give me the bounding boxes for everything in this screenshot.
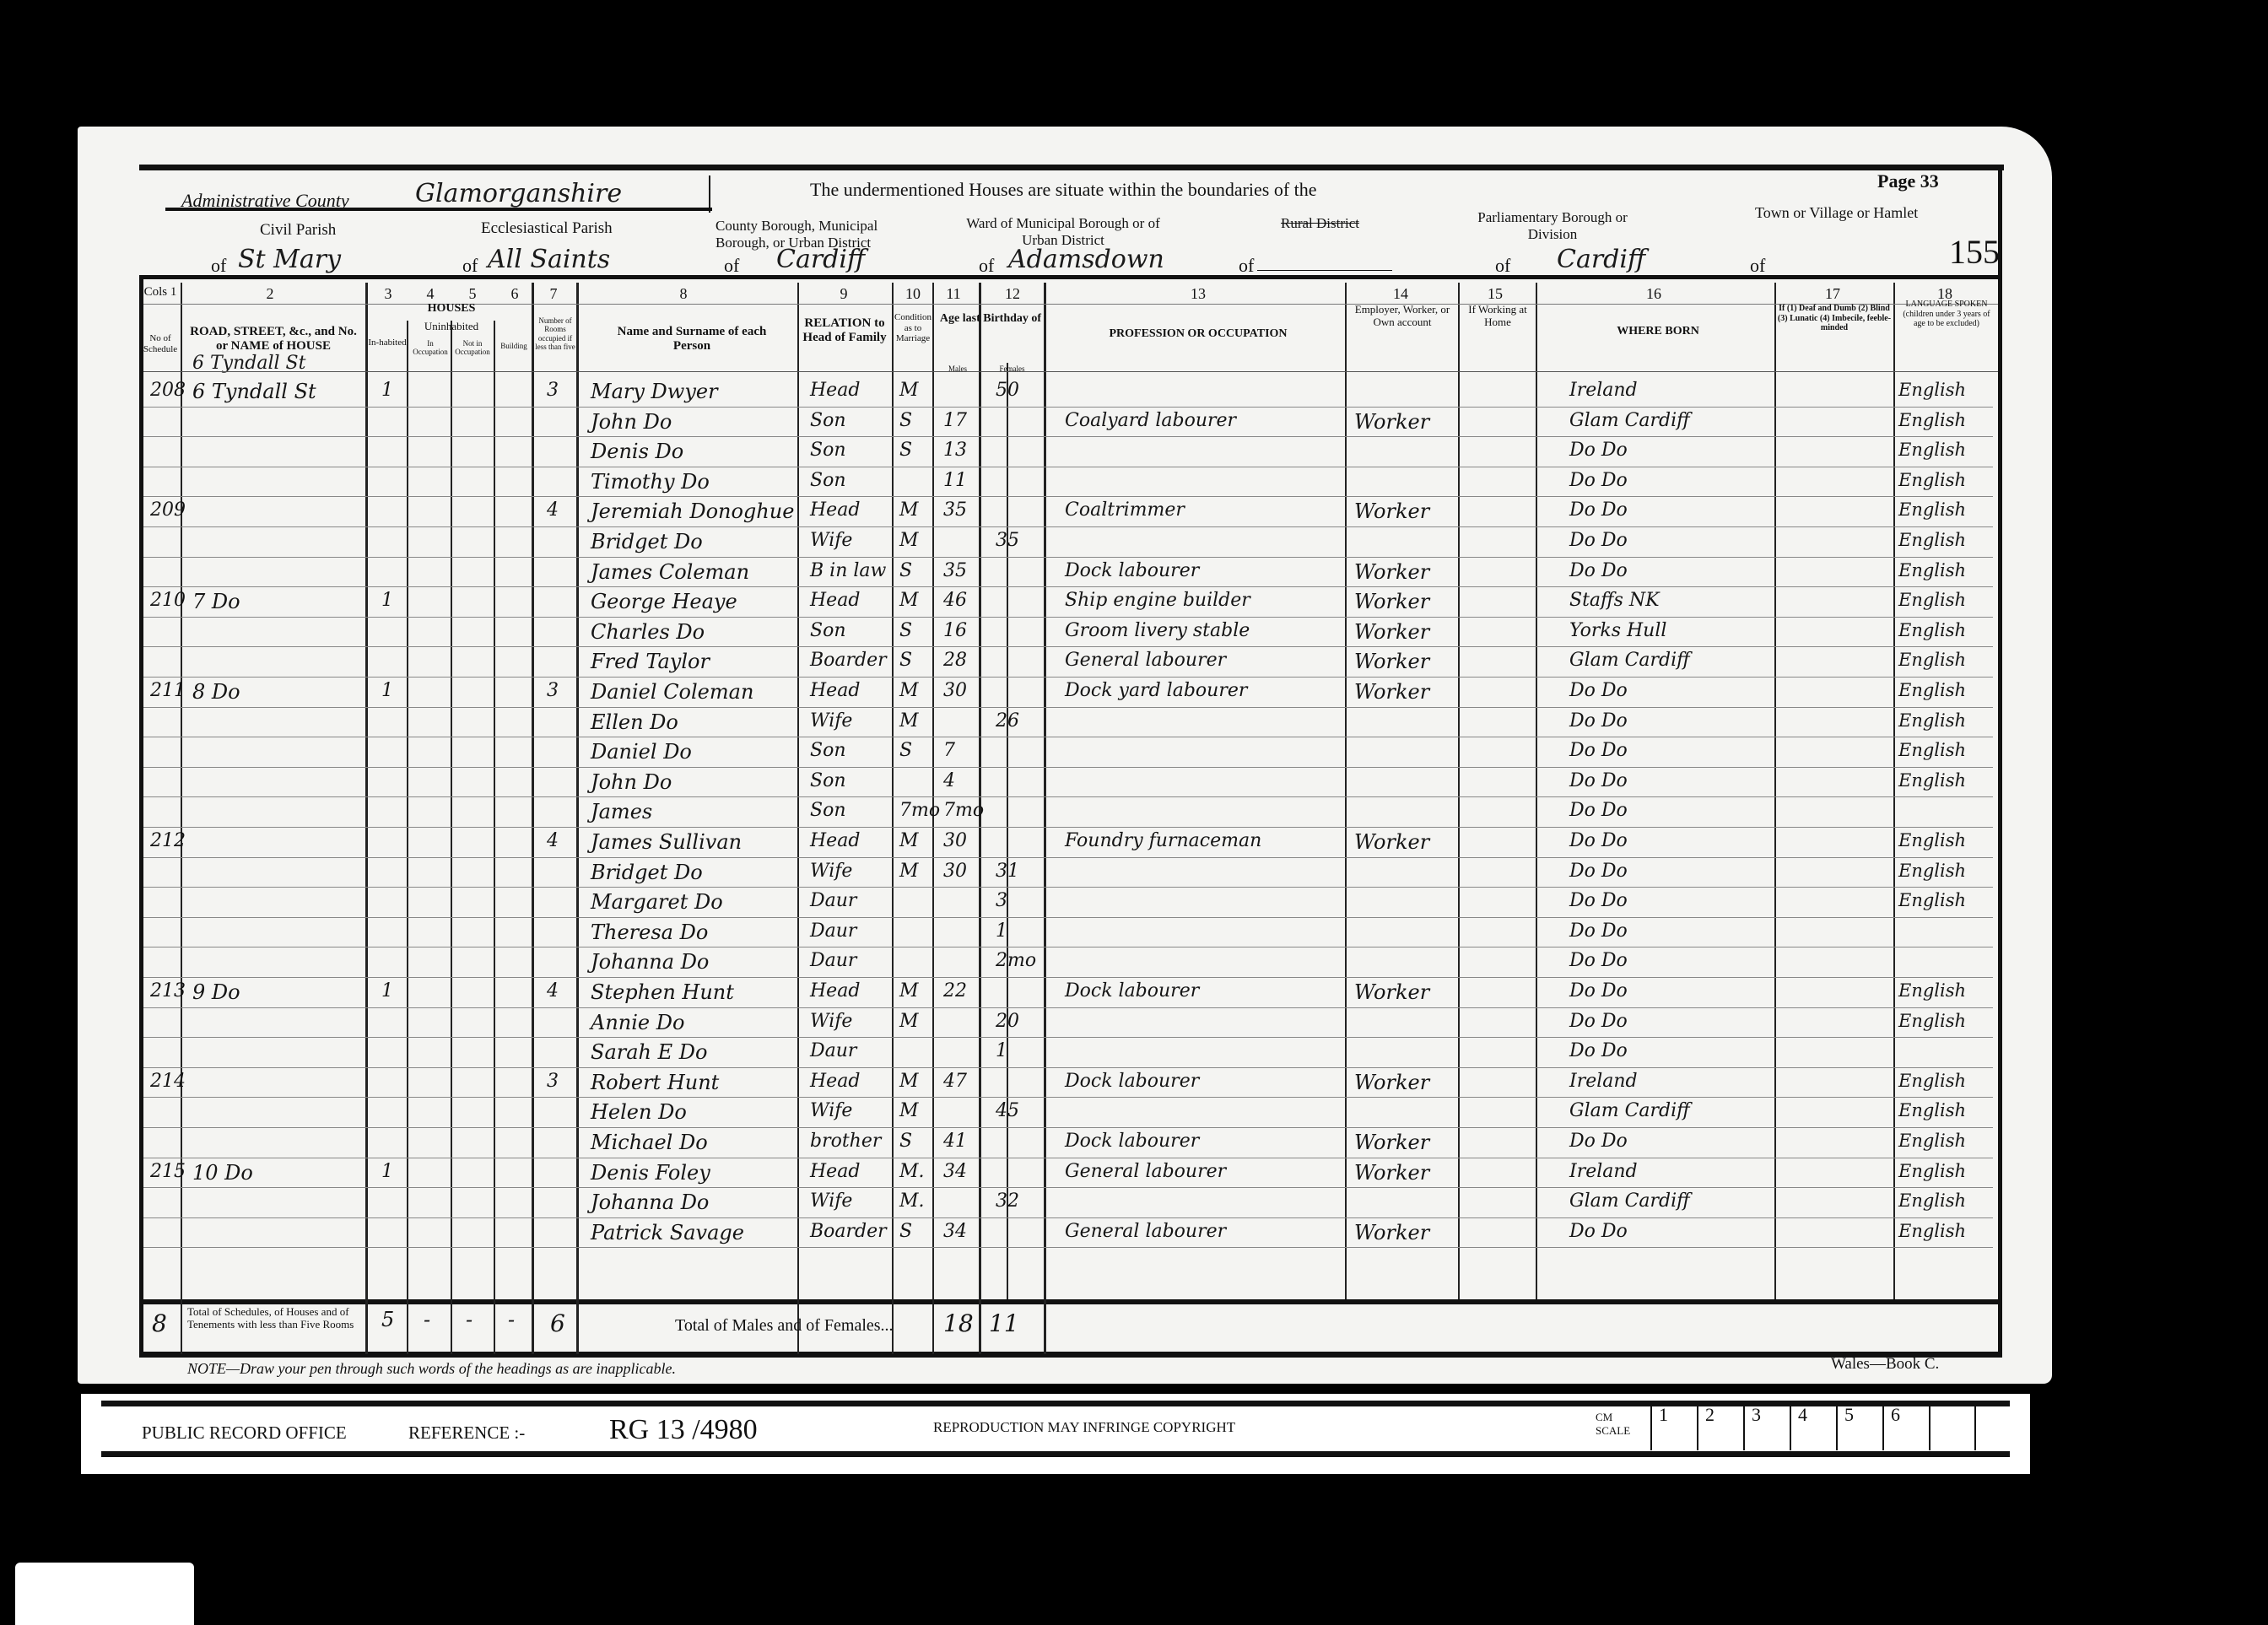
row-divider (143, 407, 1993, 408)
marital-condition: M. (899, 1161, 925, 1182)
header-bottom-rule (139, 275, 2000, 279)
marital-condition: M (899, 1071, 919, 1092)
language: English (1898, 1131, 1966, 1151)
totals-label: Total of Schedules, of Houses and of Ten… (187, 1306, 360, 1331)
row-divider (143, 737, 1993, 737)
employment-status: Worker (1354, 1131, 1429, 1154)
row-divider (143, 1217, 1993, 1218)
language: English (1898, 380, 1966, 400)
row-divider (143, 586, 1993, 587)
person-name: Denis Foley (591, 1161, 710, 1185)
col-number: 3 (371, 285, 405, 303)
scale-cell (1929, 1402, 1976, 1450)
reference-label: REFERENCE :- (408, 1423, 525, 1444)
town-label: Town or Village or Hamlet (1755, 204, 1918, 222)
total-rooms: 6 (550, 1309, 565, 1337)
schedule-number: 213 (150, 980, 186, 1001)
schedule-number: 209 (150, 499, 186, 521)
occupation: Ship engine builder (1065, 590, 1250, 611)
birthplace: Do Do (1569, 1221, 1628, 1242)
birthplace: Do Do (1569, 530, 1628, 551)
occupation: Coalyard labourer (1065, 410, 1236, 431)
birthplace: Do Do (1569, 861, 1628, 882)
footer-note: NOTE—Draw your pen through such words of… (187, 1360, 676, 1378)
person-name: Timothy Do (591, 470, 710, 494)
marital-condition: M (899, 710, 919, 732)
language: English (1898, 890, 1966, 910)
relation: Son (810, 620, 846, 641)
occupation: Dock labourer (1065, 1131, 1199, 1152)
col-head-uninhabited: Uninhabited (410, 321, 493, 333)
col-head-infirmity: If (1) Deaf and Dumb (2) Blind (3) Lunat… (1777, 304, 1892, 333)
marital-condition: S (899, 560, 912, 581)
occupation: Groom livery stable (1065, 620, 1250, 641)
person-name: James Sullivan (591, 830, 742, 854)
language: English (1898, 680, 1966, 700)
admin-county-underline (165, 208, 712, 211)
schedule-number: 208 (150, 380, 186, 401)
female-age: 31 (996, 861, 1019, 882)
relation: Head (810, 830, 860, 851)
col-number: 13 (1181, 285, 1215, 303)
col-number: 8 (667, 285, 700, 303)
cm-scale-label: CM SCALE (1596, 1411, 1638, 1437)
admin-county-box (709, 175, 710, 213)
language: English (1898, 470, 1966, 490)
person-name: Annie Do (591, 1011, 684, 1034)
col-head-age: Age last Birthday of (937, 312, 1045, 326)
relation: Head (810, 499, 860, 521)
row-divider (143, 827, 1993, 828)
col-head-employer: Employer, Worker, or Own account (1348, 304, 1456, 329)
row-divider (143, 977, 1993, 978)
film-tab (15, 1563, 194, 1625)
col-head-name: Name and Surname of each Person (607, 325, 776, 354)
person-name: Fred Taylor (591, 650, 710, 673)
male-age: 30 (943, 830, 967, 851)
language: English (1898, 1100, 1966, 1120)
language: English (1898, 1011, 1966, 1031)
birthplace: Do Do (1569, 680, 1628, 701)
col-head-road: ROAD, STREET, &c., and No. or NAME of HO… (184, 325, 363, 354)
intro-text: The undermentioned Houses are situate wi… (810, 179, 1317, 201)
scale-cell: 3 (1743, 1402, 1790, 1450)
person-name: Margaret Do (591, 890, 723, 914)
employment-status: Worker (1354, 980, 1429, 1004)
admin-county-value: Glamorganshire (415, 179, 622, 208)
occupation: General labourer (1065, 1221, 1226, 1242)
birthplace: Do Do (1569, 800, 1628, 821)
col-head-where-born: WHERE BORN (1544, 325, 1772, 338)
female-age: 1 (996, 1040, 1007, 1061)
birthplace: Do Do (1569, 770, 1628, 791)
person-name: George Heaye (591, 590, 737, 613)
relation: Boarder (810, 1221, 887, 1242)
employment-status: Worker (1354, 620, 1429, 644)
person-name: Bridget Do (591, 861, 703, 884)
occupation: Foundry furnaceman (1065, 830, 1261, 851)
marital-condition: S (899, 650, 912, 671)
birthplace: Glam Cardiff (1569, 410, 1690, 431)
person-name: Johanna Do (591, 1190, 709, 1214)
male-age: 28 (943, 650, 967, 671)
row-divider (143, 557, 1993, 558)
of-label: of (1750, 255, 1765, 277)
relation: Head (810, 680, 860, 701)
marital-condition: M (899, 1100, 919, 1121)
occupation: Coaltrimmer (1065, 499, 1185, 521)
total-in-occupation: - (424, 1308, 430, 1331)
total-building: - (508, 1308, 515, 1331)
eccl-parish-value: All Saints (488, 245, 610, 274)
relation: Son (810, 740, 846, 761)
person-name: Michael Do (591, 1131, 708, 1154)
col-number: 16 (1637, 285, 1671, 303)
col-head-in-occupation: In Occupation (410, 339, 451, 357)
birthplace: Do Do (1569, 499, 1628, 521)
employment-status: Worker (1354, 499, 1429, 523)
row-divider (143, 796, 1993, 797)
person-name: Stephen Hunt (591, 980, 734, 1004)
civil-parish-value: St Mary (238, 245, 341, 274)
relation: Wife (810, 710, 852, 732)
birthplace: Do Do (1569, 890, 1628, 911)
row-divider (143, 1127, 1993, 1128)
marital-condition: M. (899, 1190, 925, 1212)
employment-status: Worker (1354, 410, 1429, 434)
total-schedules: 8 (152, 1309, 167, 1337)
language: English (1898, 560, 1966, 580)
col-number: 10 (896, 285, 930, 303)
male-age: 7mo (943, 800, 984, 821)
row-divider (143, 646, 1993, 647)
scale-cell: 6 (1882, 1402, 1930, 1450)
employment-status: Worker (1354, 680, 1429, 704)
schedule-number: 214 (150, 1071, 186, 1092)
book-label: Wales—Book C. (1831, 1355, 1939, 1374)
col-head-not-in-occupation: Not in Occupation (452, 339, 493, 357)
folio-number: 155 (1949, 232, 2000, 272)
female-age: 2mo (996, 950, 1036, 971)
birthplace: Ireland (1569, 1161, 1638, 1182)
relation: brother (810, 1131, 881, 1152)
relation: Head (810, 380, 860, 401)
marital-condition: M (899, 590, 919, 611)
address: 7 Do (192, 590, 240, 613)
person-name: Bridget Do (591, 530, 703, 553)
row-divider (143, 1187, 1993, 1188)
language: English (1898, 710, 1966, 731)
male-age: 17 (943, 410, 967, 431)
col-head-houses: HOUSES (371, 302, 532, 316)
person-name: Helen Do (591, 1100, 687, 1124)
of-label: of (211, 255, 226, 277)
relation: Son (810, 440, 846, 461)
row-divider (143, 496, 1993, 497)
of-label: of (1239, 255, 1254, 277)
scale-cell: 5 (1836, 1402, 1883, 1450)
row-divider (143, 917, 1993, 918)
col-head-condition: Condition as to Marriage (894, 312, 931, 344)
person-name: Patrick Savage (591, 1221, 744, 1244)
col-head-rooms: Number of Rooms occupied if less than fi… (535, 316, 575, 351)
ward-value: Adamsdown (1008, 245, 1164, 274)
row-divider (143, 1037, 1993, 1038)
relation: Wife (810, 1190, 852, 1212)
rooms-count: 3 (547, 1071, 559, 1092)
col-head-schedule: No of Schedule (142, 333, 179, 354)
row-divider (143, 677, 1993, 678)
birthplace: Staffs NK (1569, 590, 1660, 611)
employment-status: Worker (1354, 1161, 1429, 1185)
scale-cell: 2 (1697, 1402, 1744, 1450)
birthplace: Do Do (1569, 470, 1628, 491)
birthplace: Do Do (1569, 1011, 1628, 1032)
relation: Wife (810, 1100, 852, 1121)
language: English (1898, 770, 1966, 791)
birthplace: Do Do (1569, 560, 1628, 581)
relation: Head (810, 1071, 860, 1092)
county-borough-value: Cardiff (776, 245, 865, 274)
relation: Son (810, 770, 846, 791)
relation: Boarder (810, 650, 887, 671)
female-age: 35 (996, 530, 1019, 551)
row-divider (143, 1067, 1993, 1068)
male-age: 35 (943, 499, 967, 521)
relation: Head (810, 1161, 860, 1182)
person-name: Denis Do (591, 440, 683, 463)
col-number: 11 (937, 285, 970, 303)
bottom-rule (139, 1352, 2002, 1358)
marital-condition: M (899, 680, 919, 701)
occupation: Dock labourer (1065, 980, 1199, 1001)
col-number: 4 (413, 285, 447, 303)
marital-condition: M (899, 530, 919, 551)
rooms-count: 3 (547, 680, 559, 701)
female-age: 20 (996, 1011, 1019, 1032)
relation: Son (810, 800, 846, 821)
col-number: 9 (827, 285, 861, 303)
total-not-in-occupation: - (466, 1308, 472, 1331)
inhabited-count: 1 (381, 980, 393, 1001)
scale-cell: 4 (1790, 1402, 1837, 1450)
row-divider (143, 1097, 1993, 1098)
col-number: 5 (456, 285, 489, 303)
person-name: Robert Hunt (591, 1071, 719, 1094)
female-age: 26 (996, 710, 1019, 732)
inhabited-count: 1 (381, 380, 393, 401)
top-rule (139, 165, 2004, 170)
language: English (1898, 530, 1966, 550)
marital-condition: M (899, 1011, 919, 1032)
language: English (1898, 1161, 1966, 1181)
language: English (1898, 620, 1966, 640)
occupation: General labourer (1065, 1161, 1226, 1182)
row-divider (143, 526, 1993, 527)
relation: Head (810, 980, 860, 1001)
male-age: 47 (943, 1071, 967, 1092)
female-age: 3 (996, 890, 1007, 911)
employment-status: Worker (1354, 590, 1429, 613)
col-head-building: Building (495, 342, 532, 350)
totals-rule (139, 1299, 2002, 1304)
relation: Daur (810, 1040, 856, 1061)
marital-condition: S (899, 620, 912, 641)
col-number: 6 (498, 285, 532, 303)
reference-number: RG 13 /4980 (609, 1414, 758, 1446)
female-age: 32 (996, 1190, 1019, 1212)
occupation: Dock labourer (1065, 1071, 1199, 1092)
employment-status: Worker (1354, 1221, 1429, 1244)
marital-condition: S (899, 740, 912, 761)
relation: Son (810, 410, 846, 431)
total-inhabited: 5 (381, 1308, 394, 1331)
of-label: of (462, 255, 478, 277)
birthplace: Glam Cardiff (1569, 1190, 1690, 1212)
person-name: John Do (591, 410, 672, 434)
relation: Wife (810, 861, 852, 882)
address: 6 Tyndall St (192, 380, 316, 403)
language: English (1898, 410, 1966, 430)
employment-status: Worker (1354, 650, 1429, 673)
birthplace: Do Do (1569, 980, 1628, 1001)
row-divider (143, 767, 1993, 768)
relation: Daur (810, 890, 856, 911)
person-name: Jeremiah Donoghue (591, 499, 794, 523)
scale-cell: 1 (1650, 1402, 1698, 1450)
rooms-count: 4 (547, 499, 559, 521)
person-name: Johanna Do (591, 950, 709, 974)
rooms-count: 3 (547, 380, 559, 401)
col-head-occupation: PROFESSION OR OCCUPATION (1055, 327, 1342, 341)
col-number: 14 (1384, 285, 1417, 303)
row-divider (143, 1158, 1993, 1158)
male-age: 46 (943, 590, 967, 611)
birthplace: Do Do (1569, 920, 1628, 942)
language: English (1898, 740, 1966, 760)
occupation: General labourer (1065, 650, 1226, 671)
eccl-parish-label: Ecclesiastical Parish (481, 219, 613, 238)
female-age: 1 (996, 920, 1007, 942)
row-divider (143, 1247, 1993, 1248)
civil-parish-label: Civil Parish (260, 221, 336, 240)
row-divider (143, 436, 1993, 437)
birthplace: Do Do (1569, 710, 1628, 732)
address: 9 Do (192, 980, 240, 1004)
person-name: James (591, 800, 652, 823)
birthplace: Do Do (1569, 950, 1628, 971)
male-age: 34 (943, 1221, 967, 1242)
schedule-number: 215 (150, 1161, 186, 1182)
male-age: 11 (943, 470, 967, 491)
birthplace: Do Do (1569, 740, 1628, 761)
employment-status: Worker (1354, 830, 1429, 854)
total-males: 18 (943, 1309, 974, 1337)
male-age: 16 (943, 620, 967, 641)
col-number: 17 (1816, 285, 1849, 303)
parliamentary-value: Cardiff (1557, 245, 1645, 274)
employment-status: Worker (1354, 560, 1429, 584)
person-name: John Do (591, 770, 672, 794)
birthplace: Glam Cardiff (1569, 1100, 1690, 1121)
of-label: of (724, 255, 739, 277)
male-age: 41 (943, 1131, 967, 1152)
language: English (1898, 1071, 1966, 1091)
person-name: Daniel Do (591, 740, 692, 764)
language: English (1898, 499, 1966, 520)
address: 10 Do (192, 1161, 253, 1185)
relation: Daur (810, 950, 856, 971)
person-name: James Coleman (591, 560, 749, 584)
col-head-language: LANGUAGE SPOKEN (children under 3 years … (1897, 300, 1996, 329)
marital-condition: S (899, 410, 912, 431)
relation: Head (810, 590, 860, 611)
inhabited-count: 1 (381, 1161, 393, 1182)
schedule-number: 212 (150, 830, 186, 851)
female-age: 50 (996, 380, 1019, 401)
of-label: of (979, 255, 994, 277)
person-name: Ellen Do (591, 710, 678, 734)
occupation: Dock labourer (1065, 560, 1199, 581)
male-age: 30 (943, 680, 967, 701)
birthplace: Do Do (1569, 830, 1628, 851)
rooms-count: 4 (547, 980, 559, 1001)
col-number: 15 (1478, 285, 1512, 303)
male-age: 22 (943, 980, 967, 1001)
relation: B in law (810, 560, 886, 581)
schedule-number: 211 (150, 680, 186, 701)
marital-condition: M (899, 499, 919, 521)
male-age: 4 (943, 770, 955, 791)
language: English (1898, 830, 1966, 850)
address: 8 Do (192, 680, 240, 704)
page-number: Page 33 (1877, 170, 1939, 192)
person-name: Theresa Do (591, 920, 708, 944)
birthplace: Glam Cardiff (1569, 650, 1690, 671)
parliamentary-label: Parliamentary Borough or Division (1468, 209, 1637, 244)
marital-condition: M (899, 830, 919, 851)
relation: Wife (810, 1011, 852, 1032)
row-divider (143, 887, 1993, 888)
col-head-inhabited: In-habited (368, 337, 407, 348)
occupation: Dock yard labourer (1065, 680, 1247, 701)
rooms-count: 4 (547, 830, 559, 851)
rural-district-label: Rural District (1281, 215, 1359, 232)
col-number: 12 (996, 285, 1029, 303)
marital-condition: M (899, 980, 919, 1001)
birthplace: Ireland (1569, 1071, 1638, 1092)
reference-strip: PUBLIC RECORD OFFICE REFERENCE :- RG 13 … (81, 1394, 2030, 1474)
marital-condition: S (899, 1131, 912, 1152)
language: English (1898, 1221, 1966, 1241)
col-head-relation: RELATION to Head of Family (800, 316, 889, 346)
row-divider (143, 467, 1993, 467)
relation: Wife (810, 530, 852, 551)
female-age: 45 (996, 1100, 1019, 1121)
inhabited-count: 1 (381, 590, 393, 611)
right-border (1998, 169, 2002, 1354)
male-age: 30 (943, 861, 967, 882)
col-number: Cols 1 (140, 285, 181, 300)
birthplace: Do Do (1569, 1040, 1628, 1061)
row-divider (143, 947, 1993, 947)
col-head-at-home: If Working at Home (1461, 304, 1534, 329)
language: English (1898, 1190, 1966, 1211)
male-age: 35 (943, 560, 967, 581)
col-number: 2 (253, 285, 287, 303)
col-number: 7 (537, 285, 570, 303)
birthplace: Ireland (1569, 380, 1638, 401)
